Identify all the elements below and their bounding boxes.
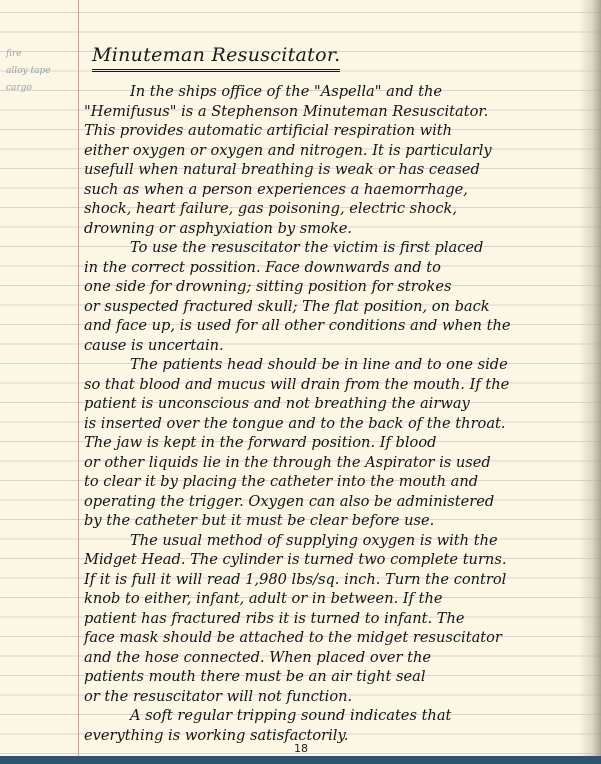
text-line: to clear it by placing the catheter into…	[84, 472, 590, 492]
margin-note: cargo	[6, 80, 72, 97]
text-line: or other liquids lie in the through the …	[84, 453, 590, 473]
text-line: or suspected fractured skull; The flat p…	[84, 297, 590, 317]
text-line: In the ships office of the "Aspella" and…	[84, 82, 590, 102]
notebook-page: fire alloy tape cargo Minuteman Resuscit…	[0, 0, 601, 757]
text-line: usefull when natural breathing is weak o…	[84, 160, 590, 180]
text-line: one side for drowning; sitting position …	[84, 277, 590, 297]
page-number: 18	[294, 742, 308, 755]
margin-notes: fire alloy tape cargo	[6, 46, 72, 97]
text-line: operating the trigger. Oxygen can also b…	[84, 492, 590, 512]
text-line: patient is unconscious and not breathing…	[84, 394, 590, 414]
text-line: such as when a person experiences a haem…	[84, 180, 590, 200]
text-line: patient has fractured ribs it is turned …	[84, 609, 590, 629]
text-line: cause is uncertain.	[84, 336, 590, 356]
text-line: by the catheter but it must be clear bef…	[84, 511, 590, 531]
text-line: Midget Head. The cylinder is turned two …	[84, 550, 590, 570]
text-line: The jaw is kept in the forward position.…	[84, 433, 590, 453]
margin-rule	[78, 0, 79, 757]
handwritten-body: In the ships office of the "Aspella" and…	[84, 82, 590, 745]
text-line: shock, heart failure, gas poisoning, ele…	[84, 199, 590, 219]
margin-note: fire	[6, 46, 72, 63]
text-line: either oxygen or oxygen and nitrogen. It…	[84, 141, 590, 161]
page-title: Minuteman Resuscitator.	[92, 44, 340, 72]
text-line: and face up, is used for all other condi…	[84, 316, 590, 336]
notebook-cover-edge	[0, 756, 601, 764]
text-line: "Hemifusus" is a Stephenson Minuteman Re…	[84, 102, 590, 122]
text-line: The usual method of supplying oxygen is …	[84, 531, 590, 551]
text-line: If it is full it will read 1,980 lbs/sq.…	[84, 570, 590, 590]
text-line: patients mouth there must be an air tigh…	[84, 667, 590, 687]
text-line: A soft regular tripping sound indicates …	[84, 706, 590, 726]
text-line: drowning or asphyxiation by smoke.	[84, 219, 590, 239]
text-line: in the correct possition. Face downwards…	[84, 258, 590, 278]
text-line: The patients head should be in line and …	[84, 355, 590, 375]
text-line: everything is working satisfactorily.	[84, 726, 590, 746]
text-line: This provides automatic artificial respi…	[84, 121, 590, 141]
text-line: so that blood and mucus will drain from …	[84, 375, 590, 395]
text-line: knob to either, infant, adult or in betw…	[84, 589, 590, 609]
text-line: face mask should be attached to the midg…	[84, 628, 590, 648]
text-line: is inserted over the tongue and to the b…	[84, 414, 590, 434]
text-line: or the resuscitator will not function.	[84, 687, 590, 707]
margin-note: alloy tape	[6, 63, 72, 80]
text-line: and the hose connected. When placed over…	[84, 648, 590, 668]
text-line: To use the resuscitator the victim is fi…	[84, 238, 590, 258]
